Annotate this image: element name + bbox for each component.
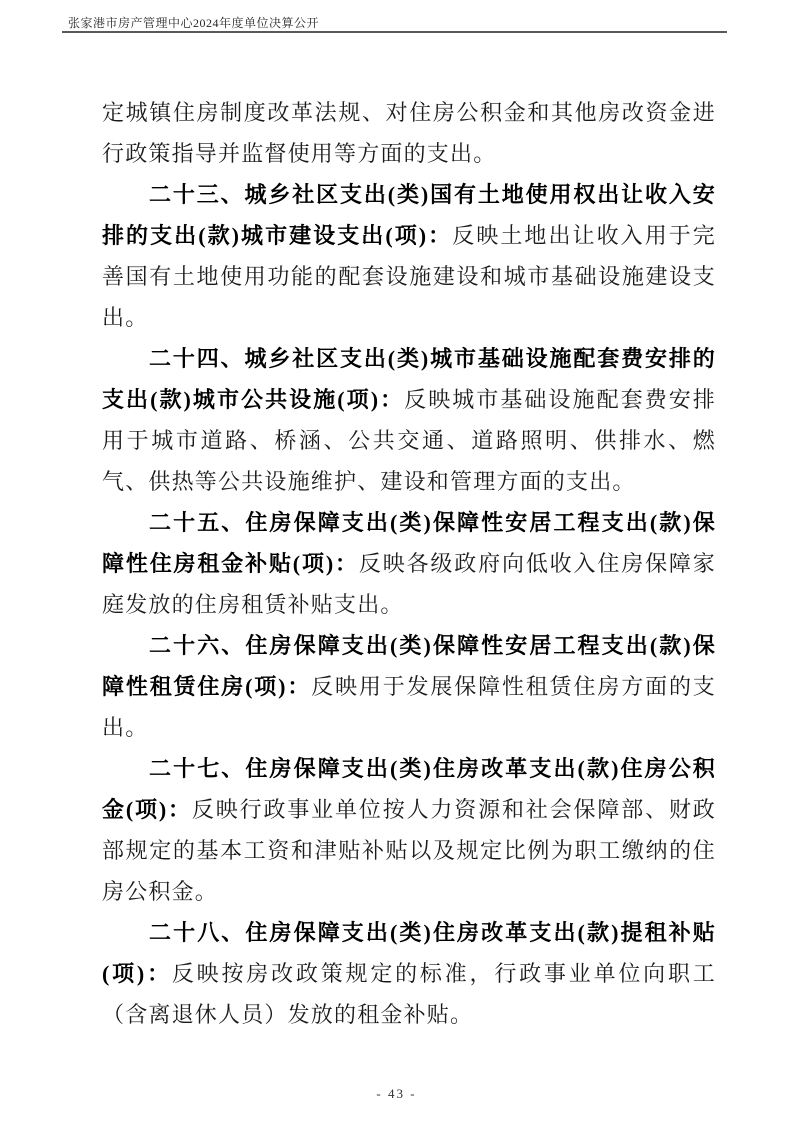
paragraph: 二十五、住房保障支出(类)保障性安居工程支出(款)保障性住房租金补贴(项)：反映…: [102, 502, 716, 625]
paragraph: 二十七、住房保障支出(类)住房改革支出(款)住房公积金(项)：反映行政事业单位按…: [102, 748, 716, 912]
page-header-title: 张家港市房产管理中心2024年度单位决算公开: [68, 14, 319, 31]
paragraph-text: 反映行政事业单位按人力资源和社会保障部、财政部规定的基本工资和津贴补贴以及规定比…: [102, 797, 716, 904]
paragraph-text: 反映按房改政策规定的标准，行政事业单位向职工（含离退休人员）发放的租金补贴。: [102, 961, 716, 1027]
page-number: - 43 -: [0, 1086, 793, 1102]
paragraph-text: 定城镇住房制度改革法规、对住房公积金和其他房改资金进行政策指导并监督使用等方面的…: [102, 100, 716, 166]
document-page: { "page": { "background": "#ffffff", "te…: [0, 0, 793, 1122]
document-body: 定城镇住房制度改革法规、对住房公积金和其他房改资金进行政策指导并监督使用等方面的…: [102, 92, 716, 1035]
paragraph: 二十四、城乡社区支出(类)城市基础设施配套费安排的支出(款)城市公共设施(项)：…: [102, 338, 716, 502]
paragraph: 二十三、城乡社区支出(类)国有土地使用权出让收入安排的支出(款)城市建设支出(项…: [102, 174, 716, 338]
paragraph: 定城镇住房制度改革法规、对住房公积金和其他房改资金进行政策指导并监督使用等方面的…: [102, 92, 716, 174]
paragraph: 二十八、住房保障支出(类)住房改革支出(款)提租补贴(项)：反映按房改政策规定的…: [102, 912, 716, 1035]
header-rule: [62, 31, 727, 33]
paragraph: 二十六、住房保障支出(类)保障性安居工程支出(款)保障性租赁住房(项)：反映用于…: [102, 625, 716, 748]
